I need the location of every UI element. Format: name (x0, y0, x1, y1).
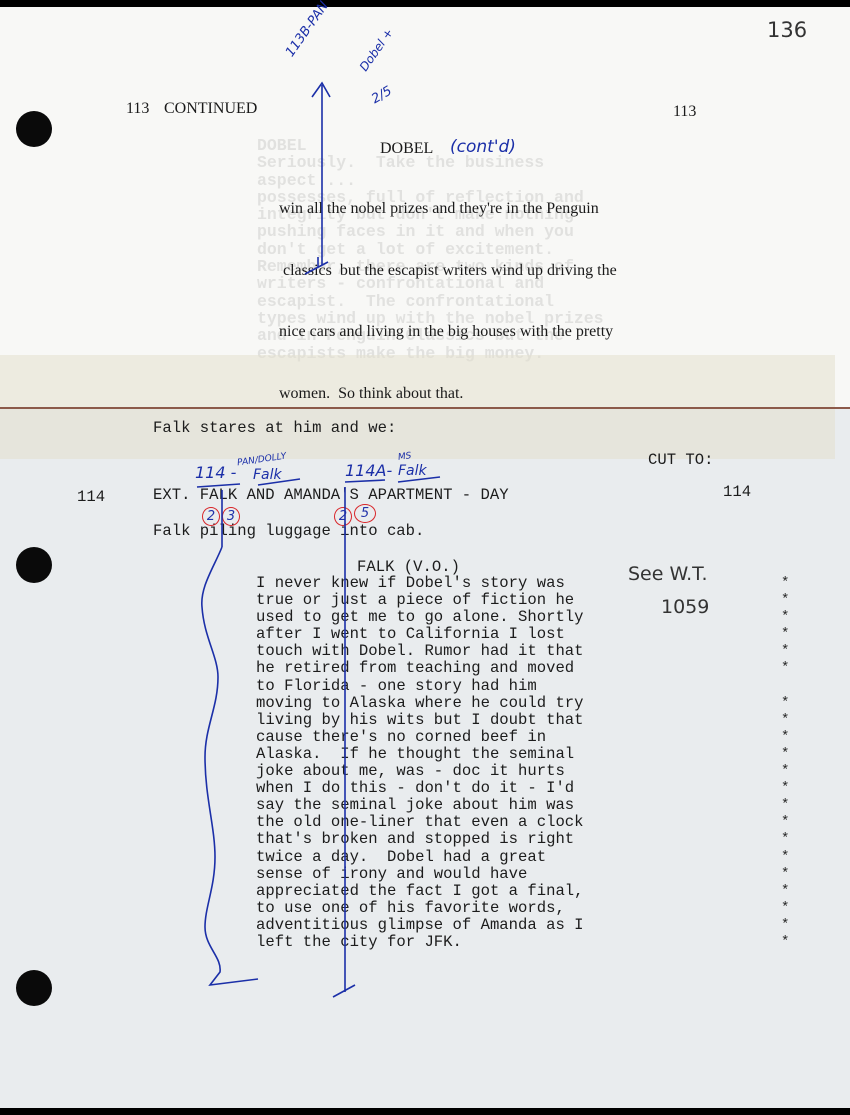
ink-line-overlay (0, 7, 850, 1108)
script-page: DOBELSeriously. Take the businessaspect … (0, 7, 850, 1108)
arrow-head-icon (312, 83, 330, 97)
